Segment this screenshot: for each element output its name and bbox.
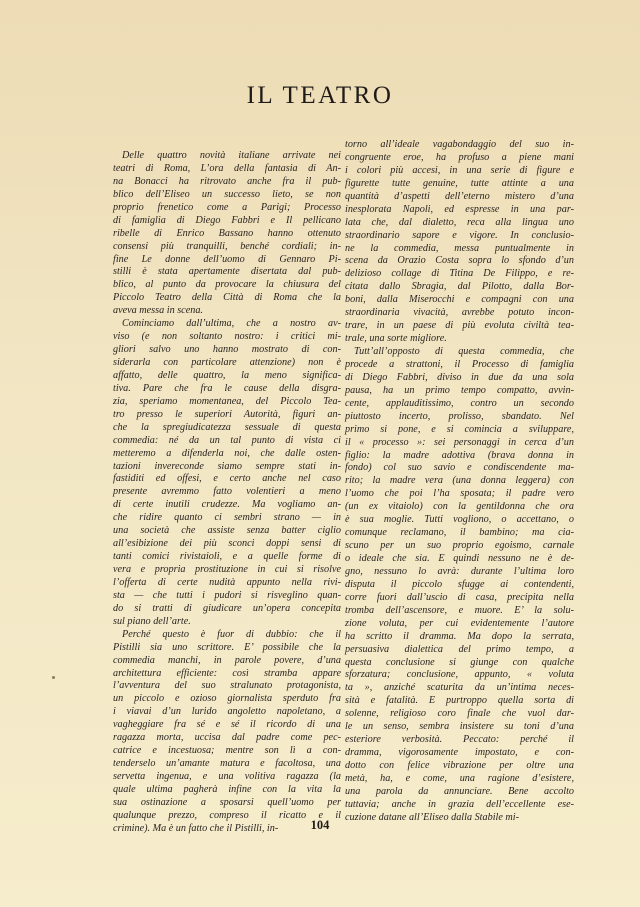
text-line: Tutt’all’opposto di questa commedia, che (345, 346, 574, 359)
text-line: sforzatura; conclusione, appunto, « volu… (345, 669, 574, 682)
text-line: servetta ingenua, e una volitiva ragazza… (113, 771, 341, 784)
text-line: sul piano dell’arte. (113, 616, 341, 629)
text-line: quale ultima pagherà infine con la vita … (113, 784, 341, 797)
text-line: le un senso, sembra insistere su toni d’… (345, 721, 574, 734)
text-line: affatto, delle quattro, la meno signific… (113, 370, 341, 383)
text-line: Pistilli sia uno scrittore. E’ possibile… (113, 642, 341, 655)
text-line: fine Le donne dell’uomo di Gennaro Pi- (113, 254, 341, 267)
text-line: scena da Orazio Costa sopra lo sfondo d’… (345, 255, 574, 268)
text-line: gliori salvo uno hanno mostrato di con- (113, 344, 341, 357)
text-line: tanti comici rivistaioli, e a quelle for… (113, 551, 341, 564)
text-line: blico, al punto da provocare la chiusura… (113, 279, 341, 292)
text-line: primo si pone, e si comincia a sviluppar… (345, 424, 574, 437)
right-text-column: torno all’ideale vagabondaggio del suo i… (345, 139, 574, 825)
magazine-page: IL TEATRO Delle quattro novità italiane … (0, 0, 640, 907)
text-line: ne la commedia, messa puntualmente in (345, 243, 574, 256)
text-line: trare, in un paese di più evoluta civilt… (345, 320, 574, 333)
margin-speck (52, 676, 55, 679)
text-line: citata dallo Sbragia, dal Pilotto, dalla… (345, 281, 574, 294)
text-line: cente, applauditissimo, contro un second… (345, 398, 574, 411)
text-line: ha scritto il dramma. Ma dopo la serrata… (345, 631, 574, 644)
text-line: commedia manchi, in parole povere, d’una (113, 655, 341, 668)
text-line: solenne, religioso coro finale che vuol … (345, 708, 574, 721)
page-title: IL TEATRO (0, 82, 640, 110)
text-line: i viavai d’un lurido angoletto napoletan… (113, 706, 341, 719)
text-line: l’offerta di certe nudità appunto nella … (113, 577, 341, 590)
text-line: viso (e non soltanto nostro: i critici m… (113, 331, 341, 344)
text-line: sua ostinazione a sposarsi quell’uomo pe… (113, 797, 341, 810)
text-line: tenderselo un’amante matura e facoltosa,… (113, 758, 341, 771)
text-line: persuasiva dialettica del primo tempo, a (345, 644, 574, 657)
text-line: proprio frenetico come a Parigi; Process… (113, 202, 341, 215)
text-line: che la spregiudicatezza sessuale di ques… (113, 422, 341, 435)
text-line: pausa, ha un primo tempo compatto, avvin… (345, 385, 574, 398)
text-line: che ridire quanto ci sembri strano — in (113, 512, 341, 525)
text-line: ribelle di Enrico Bassano hanno ottenuto (113, 228, 341, 241)
text-line: tro presso le superiori Autorità, figuri… (113, 409, 341, 422)
text-line: i colori più accesi, in una serie di fig… (345, 165, 574, 178)
text-line: una società che assiste senza batter cig… (113, 525, 341, 538)
text-line: na Bonacci ha ritrovato anche fra il pub… (113, 176, 341, 189)
text-line: Delle quattro novità italiane arrivate n… (113, 150, 341, 163)
text-line: teatri di Roma, L’ora della fantasia di … (113, 163, 341, 176)
text-line: Cominciamo dall’ultima, che a nostro av- (113, 318, 341, 331)
text-line: delizioso collage di Titina De Filippo, … (345, 268, 574, 281)
text-line: procede a strattoni, il Processo di fami… (345, 359, 574, 372)
text-line: di Diego Fabbri, diviso in due da una so… (345, 372, 574, 385)
text-line: zia, speriamo momentanea, del Piccolo Te… (113, 396, 341, 409)
text-line: tuttavia; anche in grazia dell’eccellent… (345, 799, 574, 812)
text-line: ragazza morta, uccisa dal padre come pec… (113, 732, 341, 745)
text-line: una parola da annunciare. Bene accolto (345, 786, 574, 799)
text-line: corre fuori dall’uscio di casa, precipit… (345, 592, 574, 605)
text-line: metteremo a difenderla noi, che dalle os… (113, 448, 341, 461)
text-line: rito; la madre vera (una donna leggera) … (345, 475, 574, 488)
text-line: questa conclusione si giunge con qualche (345, 657, 574, 670)
text-line: metà, ha, e come, una ragione d’esistere… (345, 773, 574, 786)
text-line: quantità d’aspetti dell’eterno mistero d… (345, 191, 574, 204)
text-line: presente avremmo fatto volentieri a meno (113, 486, 341, 499)
text-line: comunque reclamano, il bambino; ma cia- (345, 527, 574, 540)
text-line: straordinario sapore e vigore. In conclu… (345, 230, 574, 243)
text-line: il « processo »: sei personaggi in cerca… (345, 437, 574, 450)
text-line: Piccolo Teatro della Città di Roma che l… (113, 292, 341, 305)
text-line: zione voluta, per cui evidentemente l’au… (345, 618, 574, 631)
text-line: tromba dell’ascensore, e muore. E’ la so… (345, 605, 574, 618)
text-line: consensi più tranquilli, benché cordiali… (113, 241, 341, 254)
text-line: sta — che tutti i pudori si risveglino q… (113, 590, 341, 603)
text-line: inesplorata Napoli, ed espresse in una p… (345, 204, 574, 217)
text-line: boni, dalla Miserocchi e compagni con un… (345, 294, 574, 307)
text-line: gno, nessuno lo avrà: durante l’ultima l… (345, 566, 574, 579)
text-line: trale, una sorte migliore. (345, 333, 574, 346)
text-line: commedia: né da un tal punto di vista ci (113, 435, 341, 448)
text-line: Perché questo è fuor di dubbio: che il (113, 629, 341, 642)
text-line: tiva. Pare che fra le cause della disgra… (113, 383, 341, 396)
text-line: aveva messa in scena. (113, 305, 341, 318)
text-line: è sua moglie. Tutti vogliono, o accettan… (345, 514, 574, 527)
text-line: esteriore verbosità. Peccato: perché il (345, 734, 574, 747)
text-line: stilli è stata apertamente disertata dal… (113, 266, 341, 279)
text-line: sità e fatalità. E purtroppo quella sort… (345, 695, 574, 708)
text-line: straordinaria vivacità, avrebbe potuto i… (345, 307, 574, 320)
text-line: all’esibizione dei più sconci doppi sens… (113, 538, 341, 551)
text-line: do si tratti di giudicare un’opera conce… (113, 603, 341, 616)
text-line: (un ex vitaiolo) con la gentildonna che … (345, 501, 574, 514)
text-line: piuttosto incerto, prolisso, sbandato. N… (345, 411, 574, 424)
text-line: di famiglia di Diego Fabbri e Il pellica… (113, 215, 341, 228)
text-line: vagheggiare fra sé e sé il ricordo di un… (113, 719, 341, 732)
text-line: catrice e incestuosa; mentre son lì a co… (113, 745, 341, 758)
left-text-column: Delle quattro novità italiane arrivate n… (113, 150, 341, 836)
text-line: congruente eroe, ha profuso a piene mani (345, 152, 574, 165)
text-line: di certe inutili crudezze. Ma vogliamo a… (113, 499, 341, 512)
text-line: l’avventura del suo stralunato protagoni… (113, 680, 341, 693)
text-line: blico dell’Eliseo un successo lieto, se … (113, 189, 341, 202)
text-line: scuno per un suo proprio egoismo, carnal… (345, 540, 574, 553)
text-line: architettura efficiente: così stramba ap… (113, 668, 341, 681)
text-line: siderarla con particolare attenzione) no… (113, 357, 341, 370)
text-line: figurette tutte genuine, tutte attinte a… (345, 178, 574, 191)
page-number: 104 (0, 818, 640, 833)
text-line: dotto con felice vibrazione per oltre un… (345, 760, 574, 773)
text-line: un piccolo e ozioso giornalista sperduto… (113, 693, 341, 706)
text-line: figlio: la madre adottiva (brava donna i… (345, 450, 574, 463)
text-line: torno all’ideale vagabondaggio del suo i… (345, 139, 574, 152)
text-line: fastiditi ed offesi, e certo anche nel c… (113, 473, 341, 486)
text-line: tazioni invereconde siamo sempre stati i… (113, 461, 341, 474)
text-line: vera e propria prostituzione in cui si r… (113, 564, 341, 577)
text-line: o ideale che sia. E quindi nessuno ne è … (345, 553, 574, 566)
text-line: lata che, dal dialetto, reca alla lingua… (345, 217, 574, 230)
text-line: l’uomo che poi l’ha sposata; il padre ve… (345, 488, 574, 501)
text-line: disputa il piccolo sfugge ai contendenti… (345, 579, 574, 592)
text-line: ta », anziché scaturita da un’intima nec… (345, 682, 574, 695)
text-line: fondo) col suo savio e condiscendente ma… (345, 462, 574, 475)
text-line: dramma, vigorosamente impostato, e con- (345, 747, 574, 760)
